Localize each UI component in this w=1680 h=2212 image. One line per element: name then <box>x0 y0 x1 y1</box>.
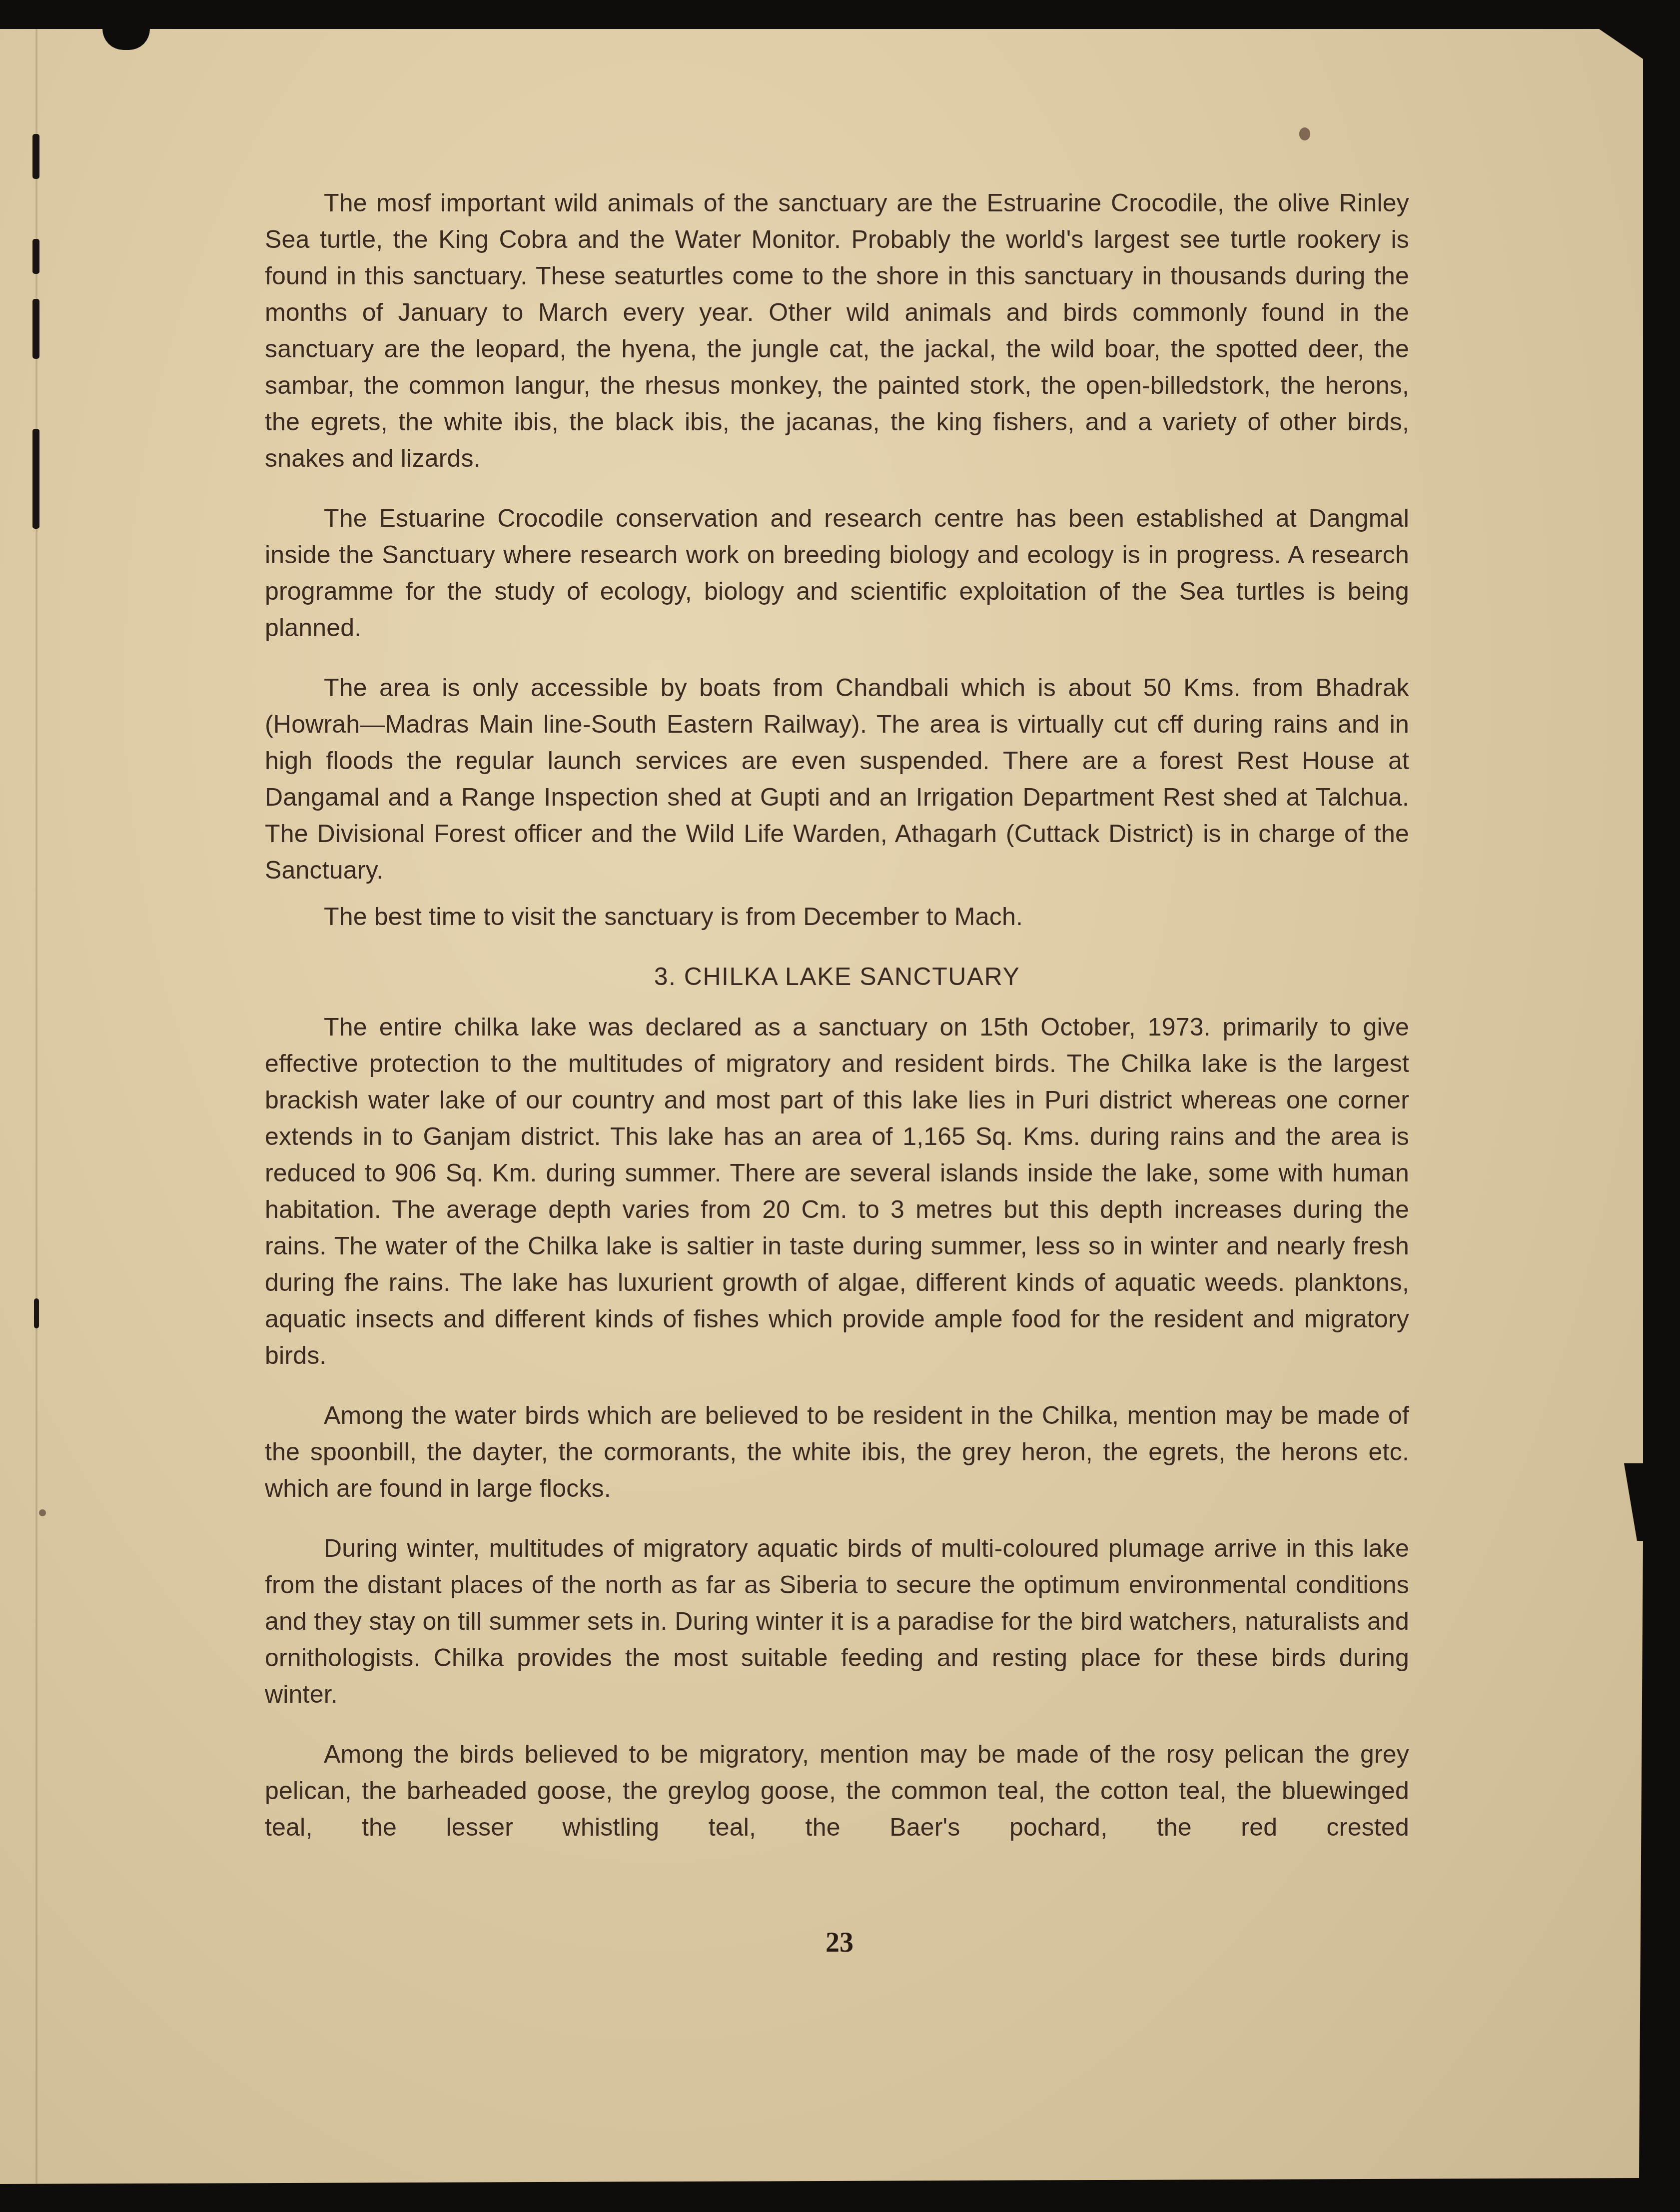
page-number: 23 <box>815 1927 864 1959</box>
paragraph-chilka-intro: The entire chilka lake was declared as a… <box>265 1009 1409 1374</box>
paragraph-access: The area is only accessible by boats fro… <box>265 670 1409 889</box>
binding-mark <box>32 299 39 359</box>
paragraph-wild-animals: The mosf important wild animals of the s… <box>265 185 1409 477</box>
paper-speck <box>39 1509 46 1516</box>
paragraph-research-centre: The Estuarine Crocodile conservation and… <box>265 500 1409 646</box>
paragraph-winter-migration: During winter, multitudes of migratory a… <box>265 1530 1409 1713</box>
paragraph-best-time: The best time to visit the sanctuary is … <box>265 899 1409 935</box>
binding-mark <box>34 1298 39 1328</box>
binding-mark <box>32 429 39 529</box>
paper-speck <box>1299 127 1310 140</box>
document-body: The mosf important wild animals of the s… <box>265 185 1409 1869</box>
section-heading: 3. CHILKA LAKE SANCTUARY <box>265 959 1409 995</box>
paragraph-resident-birds: Among the water birds which are believed… <box>265 1397 1409 1507</box>
binding-mark <box>32 239 39 274</box>
binding-mark <box>32 134 39 179</box>
paragraph-migratory-birds: Among the birds believed to be migratory… <box>265 1736 1409 1846</box>
